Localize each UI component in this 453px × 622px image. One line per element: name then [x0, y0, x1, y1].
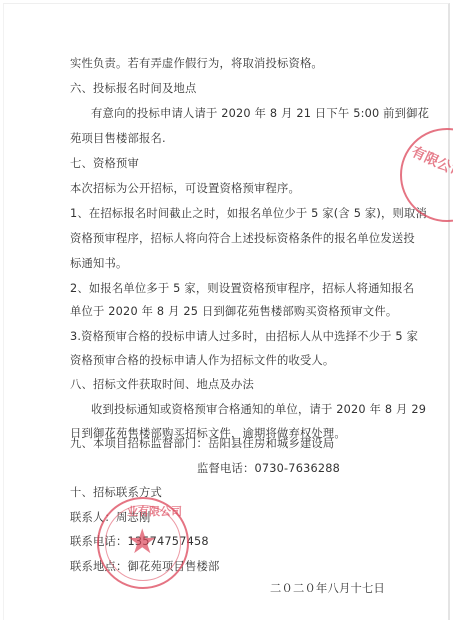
contact-person: 联系人：周志刚 [70, 511, 150, 525]
contact-phone: 联系电话：13574757458 [70, 535, 209, 549]
supervision-phone: 监督电话：0730-7636288 [197, 462, 340, 476]
text-line: 收到投标通知或资格预审合格通知的单位，请于 2020 年 8 月 29 [91, 403, 426, 417]
section-heading-9: 九、本项目招标监督部门：岳阳县住房和城乡建设局 [70, 437, 334, 451]
document-date: 二０二０年八月十七日 [270, 582, 385, 596]
text-line: 本次招标为公开招标，可设置资格预审程序。 [70, 182, 300, 196]
text-line: 标通知书。 [70, 257, 128, 271]
text-line: 单位于 2020 年 8 月 25 日到御花苑售楼部购买资格预审文件。 [70, 305, 397, 319]
text-line: 资格预审程序，招标人将向符合上述投标资格条件的报名单位发送投 [70, 232, 415, 246]
contact-address: 联系地点：御花苑项目售楼部 [70, 560, 219, 574]
text-line: 有意向的投标申请人请于 2020 年 8 月 21 日下午 5:00 前到御花 [91, 107, 429, 121]
section-heading-6: 六、投标报名时间及地点 [70, 82, 196, 96]
section-heading-7: 七、资格预审 [70, 157, 139, 171]
section-heading-10: 十、招标联系方式 [70, 486, 162, 500]
section-heading-8: 八、招标文件获取时间、地点及办法 [70, 378, 254, 392]
text-line: 实性负责。若有弄虚作假行为，将取消投标资格。 [70, 57, 323, 71]
text-line: 3.资格预审合格的投标申请人过多时，由招标人从中选择不少于 5 家 [70, 330, 418, 344]
text-line: 1、在招标报名时间截止之时，如报名单位少于 5 家(含 5 家)，则取消 [70, 207, 427, 221]
text-line: 苑项目售楼部报名. [70, 132, 166, 146]
text-line: 2、如报名单位多于 5 家，则设置资格预审程序，招标人将通知报名 [70, 282, 414, 296]
text-line: 资格预审合格的投标申请人作为招标文件的收受人。 [70, 354, 334, 368]
